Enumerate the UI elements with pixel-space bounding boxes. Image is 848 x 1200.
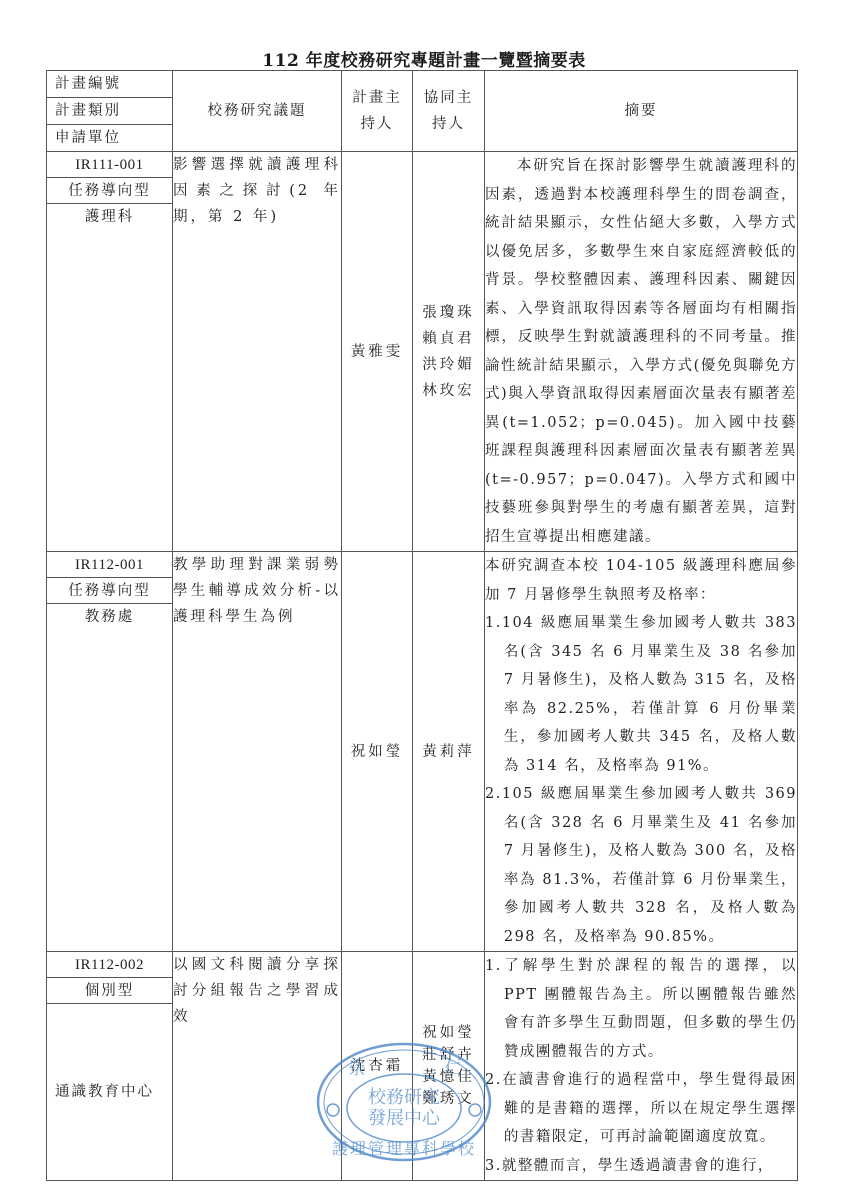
header-pi-line1: 計畫主 [342, 85, 412, 111]
co-investigator: 黃憶佳 [413, 1066, 484, 1088]
project-number: IR112-001 [47, 552, 172, 578]
header-co-investigator: 協同主 持人 [413, 71, 485, 152]
research-topic: 以國文科閱讀分享探討分組報告之學習成效 [173, 952, 342, 1181]
project-summary-table: 計畫編號 計畫類別 申請單位 校務研究議題 計畫主 持人 協同主 持人 摘要 I… [46, 70, 798, 1181]
header-project-category: 計畫類別 [47, 98, 172, 125]
abstract-cell: 1.了解學生對於課程的報告的選擇，以 PPT 團體報告為主。所以團體報告雖然會有… [485, 952, 798, 1181]
abstract-cell: 本研究調查本校 104-105 級護理科應屆參加 7 月暑修學生執照考及格率： … [485, 552, 798, 952]
project-number: IR111-001 [47, 152, 172, 178]
project-category: 任務導向型 [47, 578, 172, 604]
abstract-item: 1.104 級應屆畢業生參加國考人數共 383 名(含 345 名 6 月畢業生… [485, 609, 797, 780]
research-topic: 影響選擇就讀護理科因素之探討(2 年期，第 2 年) [173, 152, 342, 552]
header-co-line1: 協同主 [413, 85, 484, 111]
abstract-intro: 本研究調查本校 104-105 級護理科應屆參加 7 月暑修學生執照考及格率： [485, 552, 797, 609]
table-row: IR112-001 任務導向型 教務處 教學助理對課業弱勢學生輔導成效分析-以護… [47, 552, 798, 952]
table-header-row: 計畫編號 計畫類別 申請單位 校務研究議題 計畫主 持人 協同主 持人 摘要 [47, 71, 798, 152]
co-investigator: 鄭琇文 [413, 1088, 484, 1110]
header-abstract: 摘要 [485, 71, 798, 152]
row-id-cell: IR111-001 任務導向型 護理科 [47, 152, 173, 552]
co-investigators: 祝如瑩 莊舒卉 黃憶佳 鄭琇文 [413, 952, 485, 1181]
co-investigator: 林玫宏 [413, 378, 484, 404]
header-project-number: 計畫編號 [47, 71, 172, 98]
abstract-paragraph: 本研究旨在探討影響學生就讀護理科的因素，透過對本校護理科學生的問卷調查，統計結果… [485, 152, 797, 551]
applying-unit: 教務處 [47, 604, 172, 629]
row-id-cell: IR112-001 任務導向型 教務處 [47, 552, 173, 952]
co-investigator: 祝如瑩 [413, 1022, 484, 1044]
header-applying-unit: 申請單位 [47, 125, 172, 151]
principal-investigator: 黃雅雯 [342, 152, 413, 552]
abstract-item: 2.在讀書會進行的過程當中，學生覺得最困難的是書籍的選擇，所以在規定學生選擇的書… [485, 1066, 797, 1152]
header-pi-line2: 持人 [342, 111, 412, 137]
co-investigator: 黃莉萍 [413, 739, 484, 765]
abstract-item: 1.了解學生對於課程的報告的選擇，以 PPT 團體報告為主。所以團體報告雖然會有… [485, 952, 797, 1066]
table-row: IR111-001 任務導向型 護理科 影響選擇就讀護理科因素之探討(2 年期，… [47, 152, 798, 552]
abstract-item: 3.就整體而言，學生透過讀書會的進行， [485, 1152, 797, 1181]
table-row: IR112-002 個別型 通識教育中心 以國文科閱讀分享探討分組報告之學習成效… [47, 952, 798, 1181]
project-number: IR112-002 [47, 952, 172, 978]
project-category: 任務導向型 [47, 178, 172, 204]
header-topic: 校務研究議題 [173, 71, 342, 152]
principal-investigator: 祝如瑩 [342, 552, 413, 952]
header-co-line2: 持人 [413, 111, 484, 137]
co-investigator: 賴貞君 [413, 326, 484, 352]
co-investigator: 莊舒卉 [413, 1044, 484, 1066]
header-id-column: 計畫編號 計畫類別 申請單位 [47, 71, 173, 152]
co-investigator: 張瓊珠 [413, 300, 484, 326]
applying-unit: 護理科 [47, 204, 172, 229]
applying-unit: 通識教育中心 [47, 1004, 172, 1180]
principal-investigator: 沈杏霜 [342, 952, 413, 1181]
co-investigators: 黃莉萍 [413, 552, 485, 952]
row-id-cell: IR112-002 個別型 通識教育中心 [47, 952, 173, 1181]
document-title: 112 年度校務研究專題計畫一覽暨摘要表 [0, 46, 848, 71]
header-principal-investigator: 計畫主 持人 [342, 71, 413, 152]
research-topic: 教學助理對課業弱勢學生輔導成效分析-以護理科學生為例 [173, 552, 342, 952]
project-category: 個別型 [47, 978, 172, 1004]
abstract-item: 2.105 級應屆畢業生參加國考人數共 369 名(含 328 名 6 月畢業生… [485, 780, 797, 951]
abstract-cell: 本研究旨在探討影響學生就讀護理科的因素，透過對本校護理科學生的問卷調查，統計結果… [485, 152, 798, 552]
co-investigator: 洪玲媚 [413, 352, 484, 378]
co-investigators: 張瓊珠 賴貞君 洪玲媚 林玫宏 [413, 152, 485, 552]
